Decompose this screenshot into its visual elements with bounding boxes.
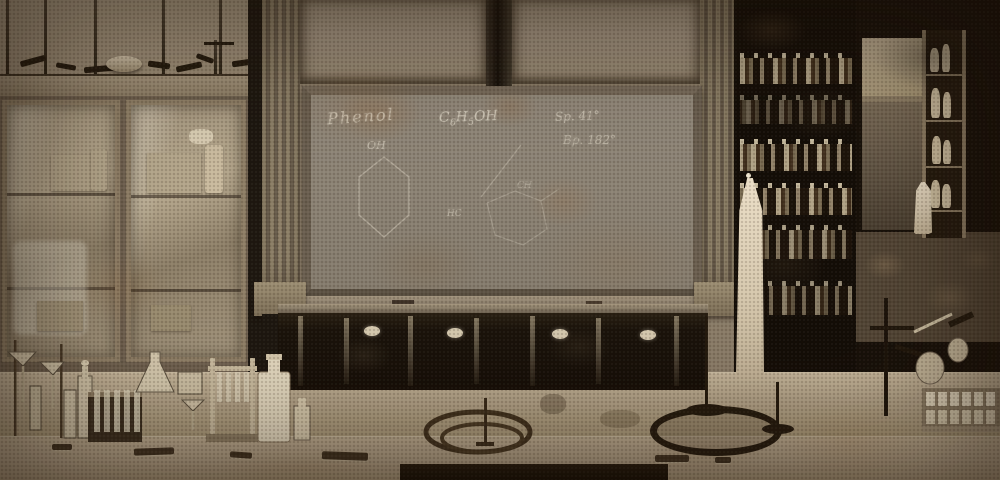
formula-c: C bbox=[439, 110, 450, 126]
pinch-clamp bbox=[134, 447, 174, 455]
demo-bench-front bbox=[278, 304, 708, 390]
bottle-caps bbox=[740, 53, 852, 58]
small-bottle bbox=[943, 140, 951, 164]
rack-bottle bbox=[974, 410, 983, 424]
glassware-group bbox=[0, 336, 340, 448]
cabinet-box bbox=[51, 155, 93, 191]
test-tube bbox=[104, 390, 110, 432]
wall-panel-right bbox=[512, 0, 700, 84]
bottle-caps bbox=[740, 95, 852, 100]
reagent-bottle bbox=[64, 390, 76, 438]
chalk-melting-point: Sp. 41° bbox=[555, 108, 600, 124]
bottle-neck bbox=[298, 398, 306, 407]
cabinet-jug bbox=[205, 145, 223, 193]
test-tube bbox=[124, 390, 130, 432]
cabinet-box bbox=[147, 153, 201, 193]
hanging-towel-small bbox=[914, 182, 932, 234]
window-panel bbox=[862, 38, 926, 96]
reagent-bottle-row bbox=[740, 100, 852, 124]
formula-h: H bbox=[455, 109, 468, 125]
hanging-towel bbox=[736, 178, 764, 380]
bottle-caps bbox=[740, 139, 852, 144]
rack-bottle bbox=[950, 410, 959, 424]
chalk-word-phenol: Phenol bbox=[326, 105, 395, 129]
structural-formula-sketch bbox=[459, 139, 589, 267]
white-bottle bbox=[258, 372, 290, 442]
ring-stand-base bbox=[762, 424, 794, 434]
evaporating-dish bbox=[106, 56, 142, 72]
small-bottle bbox=[943, 92, 951, 118]
reagent-bottle bbox=[30, 386, 41, 430]
shelf-edge bbox=[926, 74, 962, 76]
pinch-clamp bbox=[322, 451, 368, 461]
stool-leg bbox=[344, 318, 349, 384]
rack-bottle bbox=[938, 392, 947, 406]
pinch-clamp bbox=[715, 457, 731, 463]
funnel bbox=[8, 352, 36, 366]
stool-leg bbox=[674, 316, 679, 386]
drawer-knob bbox=[552, 329, 568, 339]
test-tube bbox=[134, 390, 140, 432]
test-tube bbox=[114, 390, 120, 432]
rack-bottle bbox=[962, 392, 971, 406]
rack-bottle bbox=[926, 392, 935, 406]
burette-clamp bbox=[148, 60, 171, 69]
reagent-bottle-row bbox=[740, 144, 852, 171]
small-bottle bbox=[930, 48, 939, 72]
towel-hook bbox=[746, 173, 751, 178]
round-flask bbox=[948, 338, 968, 362]
stool-leg bbox=[596, 318, 601, 384]
round-flask bbox=[916, 352, 944, 384]
small-bottle bbox=[931, 180, 940, 208]
shelf-edge bbox=[926, 166, 962, 168]
bench-stain bbox=[600, 410, 640, 428]
laboratory-photo: Phenol OH C6H5OH HC CH Sp. 41° Bp. 182° bbox=[0, 0, 1000, 480]
test-tube bbox=[235, 372, 240, 402]
ring-stand-base bbox=[686, 404, 728, 416]
cabinet-glass-door bbox=[2, 100, 120, 362]
shelf-edge bbox=[926, 120, 962, 122]
rack-bottle bbox=[986, 410, 995, 424]
apparatus-cluster bbox=[856, 292, 1000, 444]
rack-bottle bbox=[938, 410, 947, 424]
rack-bottle bbox=[950, 392, 959, 406]
bench-top-rail bbox=[278, 304, 708, 313]
test-tube bbox=[244, 372, 249, 402]
chalk-formula: C6H5OH bbox=[439, 108, 498, 129]
stool-leg bbox=[408, 316, 413, 386]
ring-stand-rod bbox=[705, 316, 708, 412]
benzene-ring-sketch bbox=[351, 155, 417, 239]
glass-tube bbox=[914, 314, 952, 332]
reagent-bottle-row bbox=[740, 58, 852, 84]
rack-bottle bbox=[974, 392, 983, 406]
small-bottle bbox=[294, 406, 310, 440]
test-tube bbox=[226, 372, 231, 402]
test-tube bbox=[94, 390, 100, 432]
rack-bottle bbox=[986, 392, 995, 406]
door-panel bbox=[862, 102, 924, 230]
cabinet-jar bbox=[91, 149, 107, 191]
chalk-boiling-point: Bp. 182° bbox=[563, 133, 616, 147]
chalk-structure-ch: CH bbox=[517, 181, 532, 191]
rack-bottle bbox=[926, 410, 935, 424]
stand-crossbar bbox=[870, 326, 914, 330]
burette-clamp bbox=[176, 61, 203, 72]
glass-cabinet bbox=[0, 96, 252, 374]
rack-bottle bbox=[962, 410, 971, 424]
chalkboard: Phenol OH C6H5OH HC CH Sp. 41° Bp. 182° bbox=[302, 86, 702, 298]
chalk-hydroxyl-label: OH bbox=[367, 139, 386, 152]
stool-leg bbox=[530, 316, 535, 386]
burette-clamp bbox=[20, 55, 47, 68]
pinch-clamp bbox=[655, 455, 689, 462]
small-bottle bbox=[942, 44, 950, 72]
pinch-clamp bbox=[52, 444, 72, 450]
bottle-caps bbox=[740, 183, 852, 188]
stand-rod bbox=[60, 344, 63, 438]
fluted-pilaster-right bbox=[700, 0, 734, 314]
retort-stand-rod bbox=[219, 0, 222, 78]
retort-stand-rod bbox=[94, 0, 97, 76]
erlenmeyer-flask bbox=[136, 352, 174, 392]
small-bottle bbox=[932, 136, 941, 164]
cabinet-shelf bbox=[7, 193, 115, 196]
wall-panel-left bbox=[300, 0, 486, 84]
test-tube bbox=[217, 372, 222, 402]
stand-clamp bbox=[948, 311, 974, 327]
funnel bbox=[182, 400, 204, 411]
cabinet-shelf bbox=[131, 289, 241, 292]
drawer-knob bbox=[364, 326, 380, 336]
bench-shadow-gap bbox=[400, 464, 668, 480]
label-card bbox=[189, 129, 213, 144]
retort-stand-rod bbox=[6, 0, 9, 74]
fluted-pilaster-left bbox=[262, 0, 300, 314]
retort-stand-rod bbox=[44, 0, 47, 76]
cabinet-cornice bbox=[0, 74, 252, 98]
retort-stand-rod bbox=[214, 40, 217, 76]
wall-panel-divider bbox=[486, 0, 512, 86]
cabinet-box bbox=[37, 301, 83, 331]
small-bottle bbox=[942, 184, 951, 208]
tube-stand-bar bbox=[208, 366, 257, 371]
bottle-neck bbox=[268, 358, 280, 374]
tube-stand-base bbox=[206, 434, 258, 442]
small-bottle bbox=[931, 88, 940, 118]
formula-oh: OH bbox=[474, 108, 498, 125]
chalk-structure-hc: HC bbox=[447, 209, 462, 219]
drawer-knob bbox=[447, 328, 463, 338]
beaker bbox=[178, 372, 202, 394]
bottle-neck bbox=[82, 366, 88, 377]
retort-stand-rod bbox=[884, 298, 888, 416]
stand-crossbar bbox=[204, 42, 234, 45]
rubber-tubing-coil bbox=[418, 398, 548, 462]
cabinet-box bbox=[151, 305, 191, 331]
bottle-cap bbox=[266, 354, 282, 360]
drawer-knob bbox=[640, 330, 656, 340]
rack-rail bbox=[922, 426, 1000, 432]
bottle-stopper bbox=[81, 360, 89, 366]
burette-clamp bbox=[56, 62, 77, 70]
cabinet-shelf bbox=[131, 195, 241, 198]
stool-leg bbox=[474, 318, 479, 384]
cabinet-glass-door bbox=[126, 100, 246, 362]
